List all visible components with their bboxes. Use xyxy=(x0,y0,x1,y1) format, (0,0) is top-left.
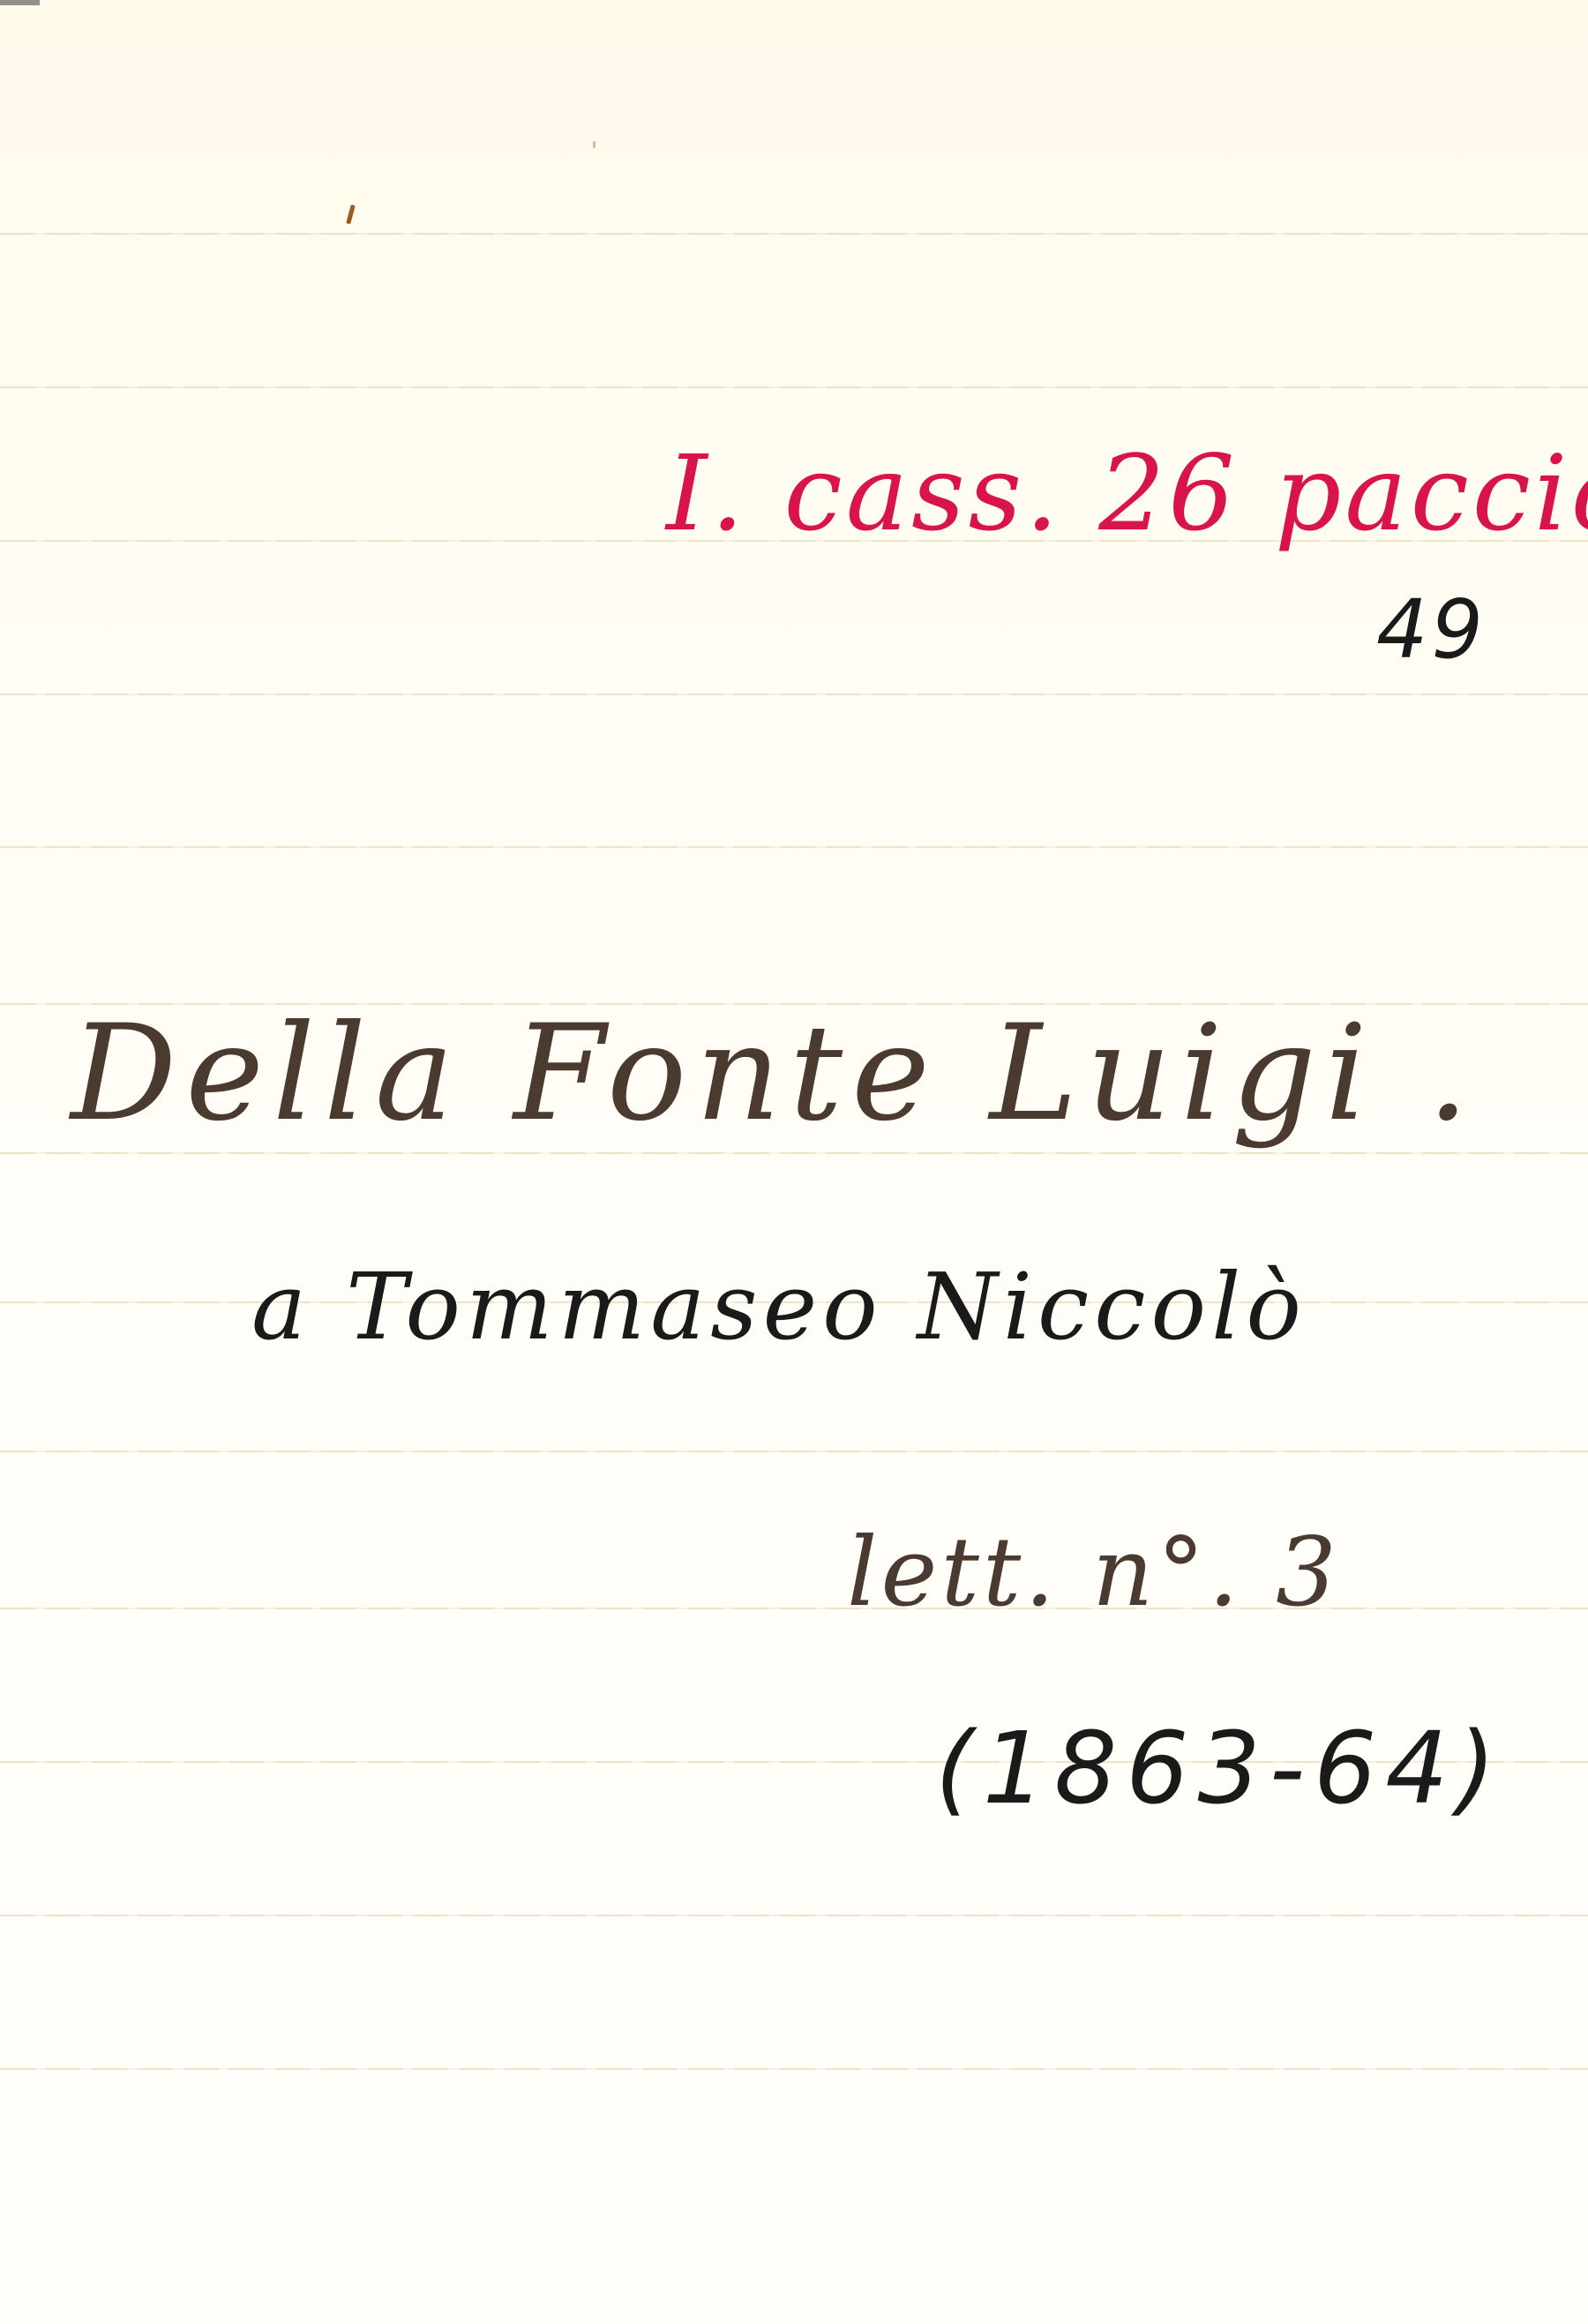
correspondent-name: Della Fonte Luigi . xyxy=(71,997,1478,1151)
index-card: I. cass. 26 paccio 75 49 Della Fonte Lui… xyxy=(0,0,1588,2324)
item-number: 49 xyxy=(1376,582,1487,677)
ruled-line xyxy=(0,386,1588,388)
ruled-line xyxy=(0,1152,1588,1154)
shelfmark: I. cass. 26 paccio 75 xyxy=(666,432,1588,554)
letter-count: lett. n°. 3 xyxy=(847,1518,1340,1628)
ruled-line xyxy=(0,2068,1588,2070)
ruled-line xyxy=(0,233,1588,235)
ink-speck xyxy=(346,205,356,225)
ruled-line xyxy=(0,1451,1588,1452)
recipient-line: a Tommaseo Niccolò xyxy=(251,1253,1307,1361)
ruled-line xyxy=(0,1915,1588,1916)
ruled-line xyxy=(0,1608,1588,1609)
ruled-line xyxy=(0,693,1588,695)
ruled-line xyxy=(0,846,1588,848)
date-range: (1863-64) xyxy=(935,1712,1504,1826)
ink-speck xyxy=(593,141,595,148)
scan-edge-mark xyxy=(0,0,40,5)
